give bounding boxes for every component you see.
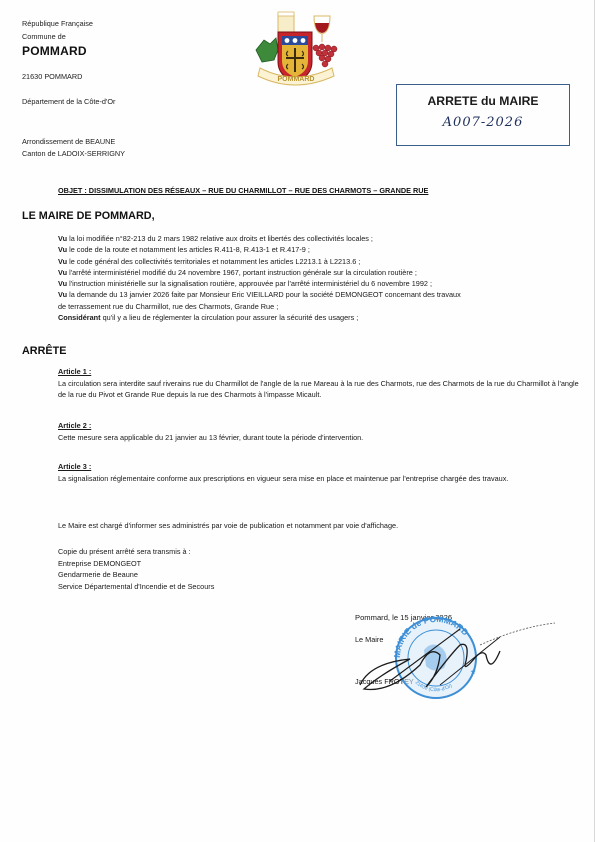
document-page: République Française Commune de POMMARD …: [0, 0, 595, 842]
pommard-coat-of-arms-logo: POMMARD: [248, 6, 344, 86]
publication-notice: Le Maire est chargé d'informer ses admin…: [58, 521, 398, 530]
visa-line: Vu le code de la route et notamment les …: [58, 244, 588, 255]
arrete-number-handwritten: A007-2026: [397, 115, 569, 130]
arrondissement: Arrondissement de BEAUNE: [22, 137, 115, 146]
copy-recipient: Service Départemental d'Incendie et de S…: [58, 581, 214, 593]
maire-heading: LE MAIRE DE POMMARD,: [22, 210, 155, 222]
republic-label: République Française: [22, 19, 93, 28]
copies-list: Copie du présent arrêté sera transmis à …: [58, 546, 214, 592]
visa-line: Vu l'arrêté interministériel modifié du …: [58, 267, 588, 278]
arrete-number-box: ARRETE du MAIRE A007-2026: [396, 84, 570, 146]
visas-list: Vu la loi modifiée n°82-213 du 2 mars 19…: [58, 233, 588, 323]
article-body: Cette mesure sera applicable du 21 janvi…: [58, 432, 586, 444]
visa-line: Vu l'instruction ministérielle sur la si…: [58, 278, 588, 289]
visa-line: Vu la demande du 13 janvier 2026 faite p…: [58, 289, 588, 300]
departement: Département de la Côte-d'Or: [22, 97, 115, 106]
copies-intro: Copie du présent arrêté sera transmis à …: [58, 546, 214, 558]
article-title: Article 3 :: [58, 461, 588, 473]
svg-text:POMMARD: POMMARD: [278, 76, 315, 83]
article-body: La signalisation réglementaire conforme …: [58, 473, 586, 485]
article-title: Article 1 :: [58, 366, 588, 378]
article-3: Article 3 : La signalisation réglementai…: [58, 461, 588, 484]
visa-line: Vu le code général des collectivités ter…: [58, 256, 588, 267]
article-title: Article 2 :: [58, 420, 588, 432]
commune-name: POMMARD: [22, 44, 87, 58]
mayor-signature: [350, 615, 560, 695]
article-2: Article 2 : Cette mesure sera applicable…: [58, 420, 588, 443]
visa-line: Vu la loi modifiée n°82-213 du 2 mars 19…: [58, 233, 588, 244]
arrete-title: ARRETE du MAIRE: [397, 94, 569, 108]
article-body: La circulation sera interdite sauf river…: [58, 378, 586, 401]
visa-line: de terrassement rue du Charmillot, rue d…: [58, 301, 588, 312]
commune-label: Commune de: [22, 32, 66, 41]
copy-recipient: Entreprise DEMONGEOT: [58, 558, 214, 570]
canton: Canton de LADOIX-SERRIGNY: [22, 149, 125, 158]
postal-address: 21630 POMMARD: [22, 72, 82, 81]
objet-line: OBJET : DISSIMULATION DES RÉSEAUX – RUE …: [58, 186, 428, 195]
article-1: Article 1 : La circulation sera interdit…: [58, 366, 588, 401]
arrete-heading: ARRÊTE: [22, 345, 66, 357]
copy-recipient: Gendarmerie de Beaune: [58, 569, 214, 581]
considerant-line: Considérant qu'il y a lieu de réglemente…: [58, 312, 588, 323]
